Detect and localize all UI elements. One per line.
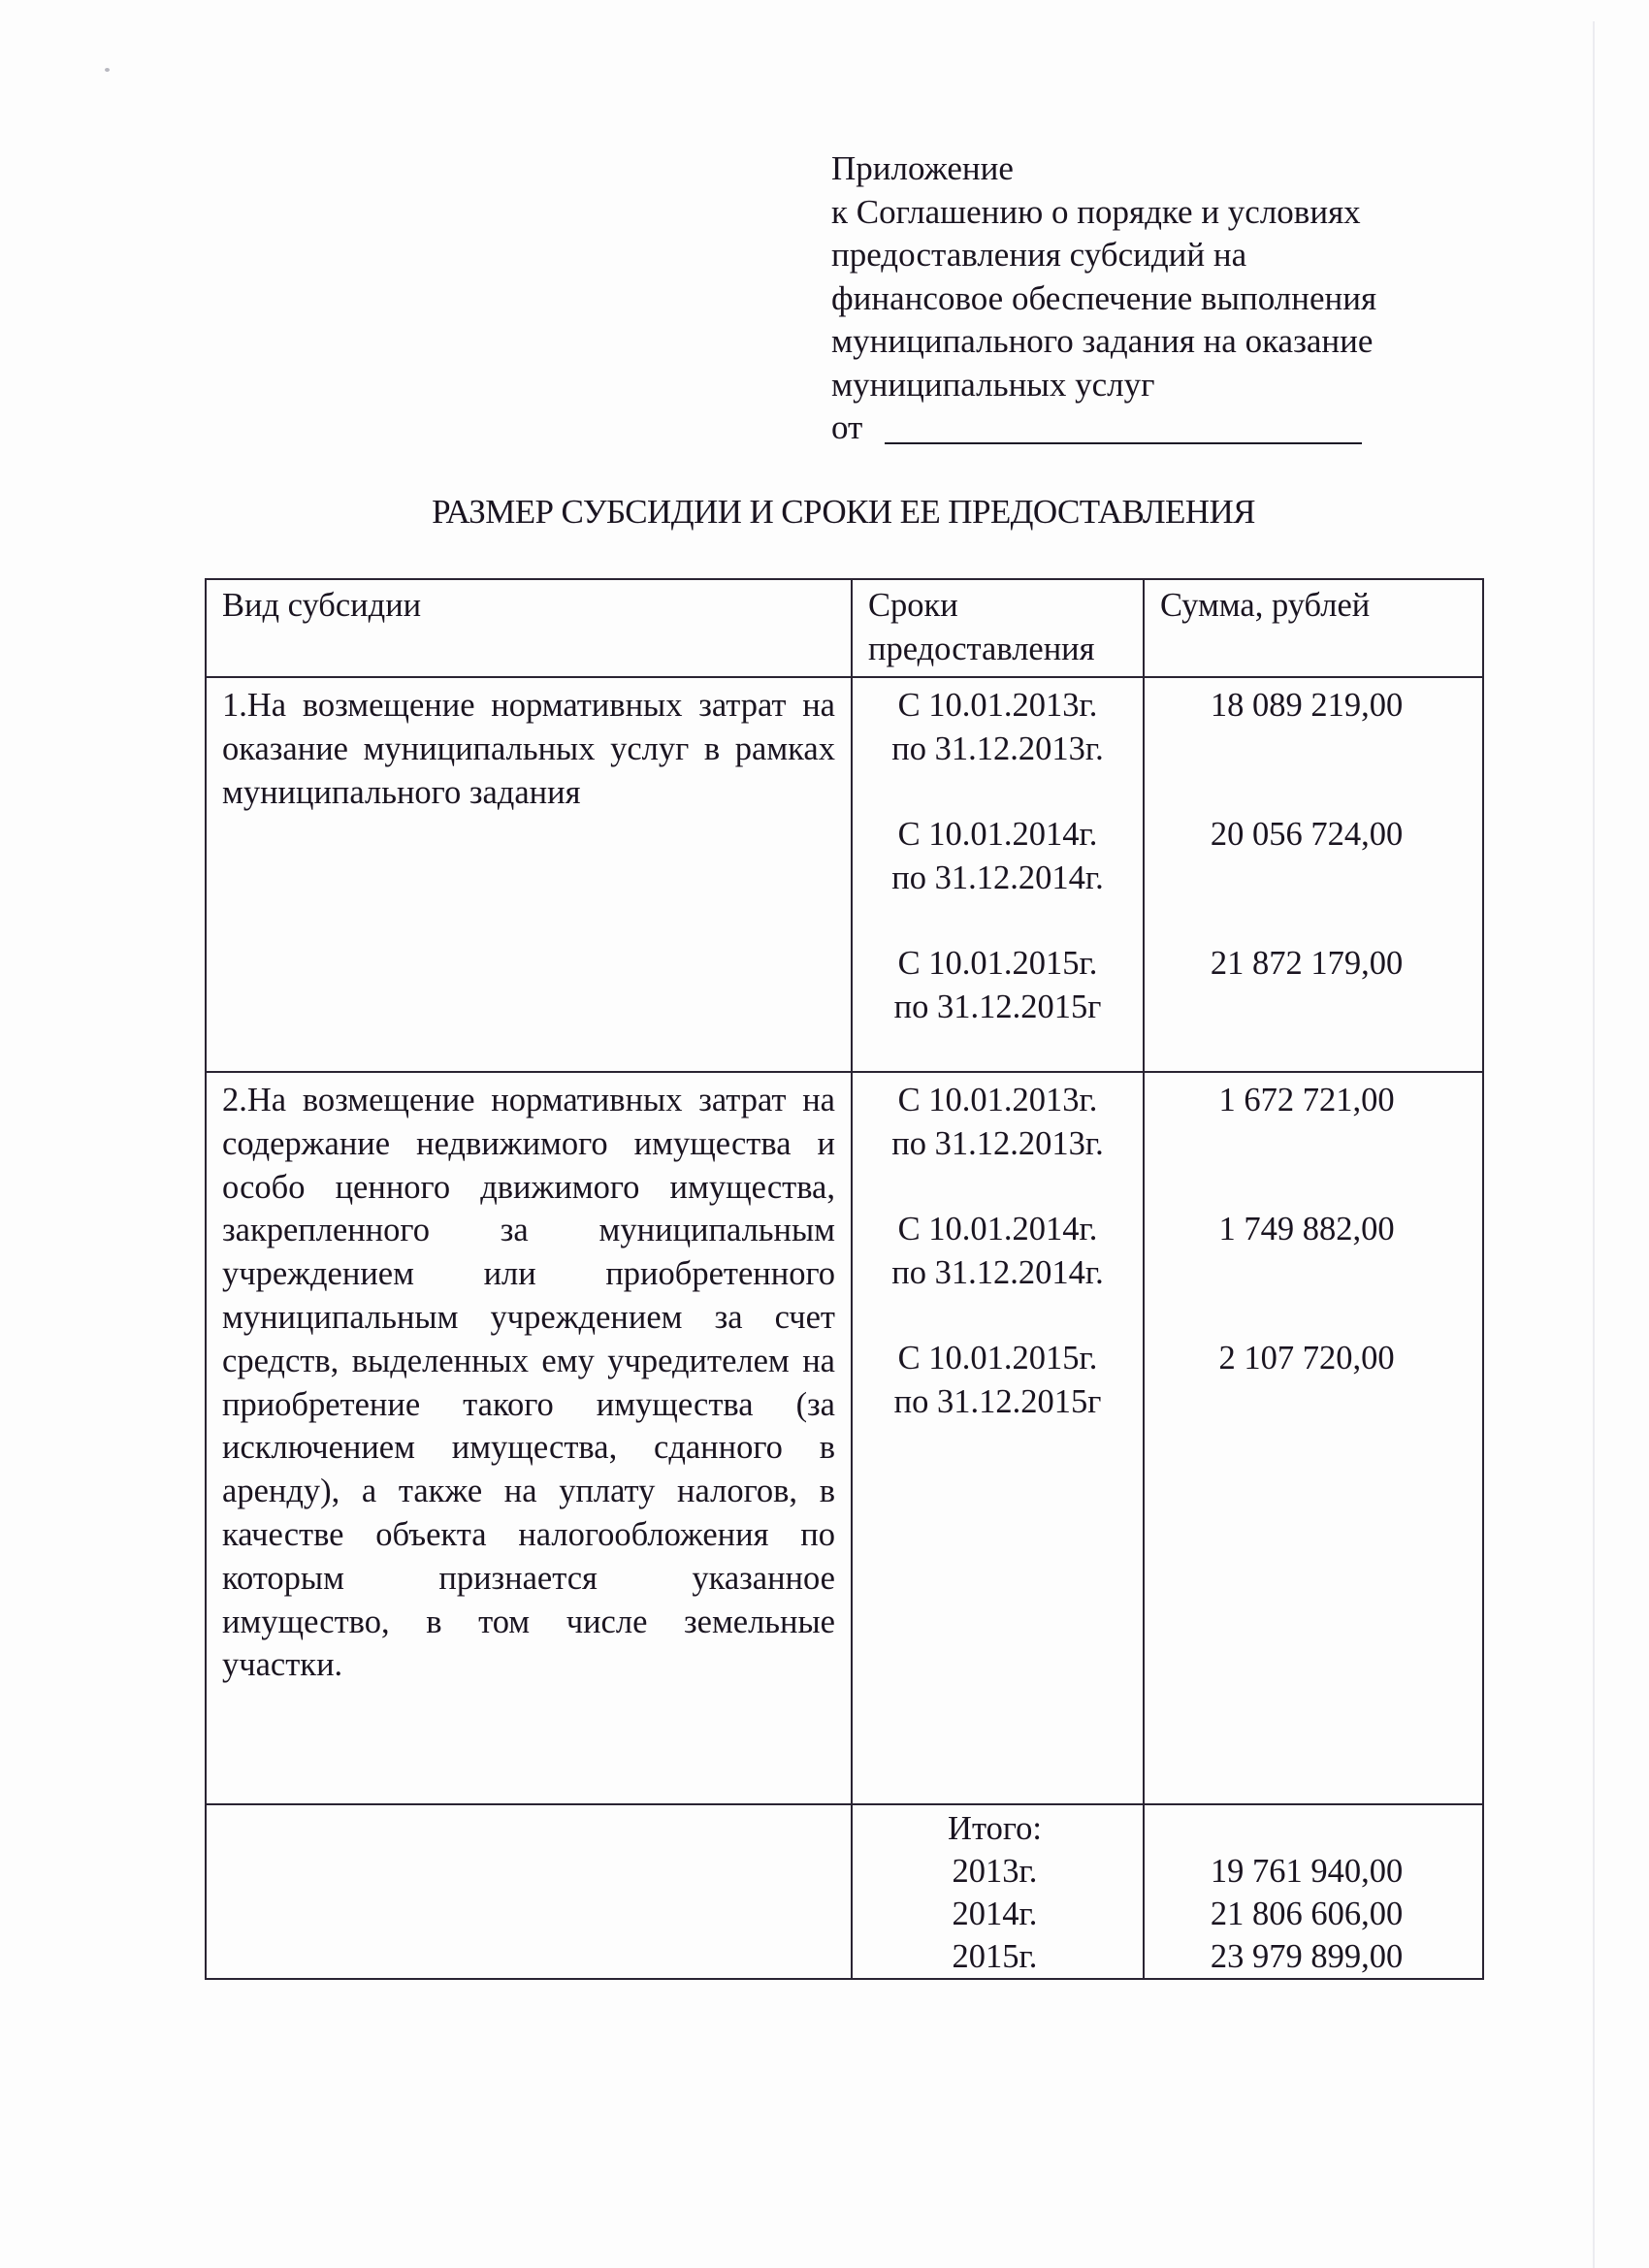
totals-amount: 19 761 940,00 [1145, 1850, 1469, 1893]
totals-year: 2014г. [853, 1893, 1137, 1935]
totals-year: 2013г. [853, 1850, 1137, 1893]
amount-value: 20 056 724,00 [1145, 813, 1469, 942]
column-header-type: Вид субсидии [206, 579, 852, 677]
amount-cell: 1 672 721,00 1 749 882,00 2 107 720,00 [1144, 1072, 1483, 1804]
column-header-amount: Сумма, рублей [1144, 579, 1483, 677]
table-row: 1.На возмещение нормативных затрат на ок… [206, 677, 1483, 1072]
appendix-header: Приложение к Соглашению о порядке и усло… [831, 147, 1510, 450]
period-entry: С 10.01.2014г.по 31.12.2014г. [853, 1208, 1143, 1337]
period-entry: С 10.01.2013г.по 31.12.2013г. [853, 684, 1143, 813]
subsidy-type-cell: 2.На возмещение нормативных затрат на со… [206, 1072, 852, 1804]
period-cell: С 10.01.2013г.по 31.12.2013г. С 10.01.20… [852, 677, 1144, 1072]
appendix-header-line: муниципальных услуг [831, 364, 1510, 407]
date-blank-field [885, 442, 1362, 444]
subsidy-description: 2.На возмещение нормативных затрат на со… [207, 1073, 851, 1687]
period-entry: С 10.01.2013г.по 31.12.2013г. [853, 1079, 1143, 1208]
scan-speck-artifact [105, 68, 110, 72]
period-entry: С 10.01.2015г.по 31.12.2015г [853, 1337, 1143, 1466]
amount-value: 21 872 179,00 [1145, 942, 1469, 1071]
table-header-row: Вид субсидии Сроки предоставления Сумма,… [206, 579, 1483, 677]
agreement-date-line: от [831, 406, 1510, 450]
period-entry: С 10.01.2015г.по 31.12.2015г [853, 942, 1143, 1071]
period-entry: С 10.01.2014г.по 31.12.2014г. [853, 813, 1143, 942]
appendix-header-line: к Соглашению о порядке и условиях [831, 191, 1510, 235]
totals-year: 2015г. [853, 1935, 1137, 1978]
subsidy-type-cell: 1.На возмещение нормативных затрат на ок… [206, 677, 852, 1072]
column-header-period: Сроки предоставления [852, 579, 1144, 677]
subsidy-table: Вид субсидии Сроки предоставления Сумма,… [205, 578, 1484, 1980]
appendix-header-line: финансовое обеспечение выполнения [831, 277, 1510, 321]
totals-amount: 23 979 899,00 [1145, 1935, 1469, 1978]
document-title: РАЗМЕР СУБСИДИИ И СРОКИ ЕЕ ПРЕДОСТАВЛЕНИ… [206, 493, 1481, 532]
table-row: 2.На возмещение нормативных затрат на со… [206, 1072, 1483, 1804]
totals-empty-cell [206, 1804, 852, 1979]
amount-value: 2 107 720,00 [1145, 1337, 1469, 1466]
appendix-header-line: предоставления субсидий на [831, 234, 1510, 277]
scan-edge-artifact [1593, 21, 1595, 2268]
amount-value: 1 672 721,00 [1145, 1079, 1469, 1208]
appendix-header-line: Приложение [831, 147, 1510, 191]
appendix-header-line: муниципального задания на оказание [831, 320, 1510, 364]
amount-value: 1 749 882,00 [1145, 1208, 1469, 1337]
totals-label-cell: Итого: 2013г. 2014г. 2015г. [852, 1804, 1144, 1979]
amount-value: 18 089 219,00 [1145, 684, 1469, 813]
totals-amount-cell: 19 761 940,00 21 806 606,00 23 979 899,0… [1144, 1804, 1483, 1979]
date-prefix: от [831, 408, 862, 446]
period-cell: С 10.01.2013г.по 31.12.2013г. С 10.01.20… [852, 1072, 1144, 1804]
subsidy-description: 1.На возмещение нормативных затрат на ок… [207, 678, 851, 814]
amount-cell: 18 089 219,00 20 056 724,00 21 872 179,0… [1144, 677, 1483, 1072]
totals-amount: 21 806 606,00 [1145, 1893, 1469, 1935]
totals-row: Итого: 2013г. 2014г. 2015г. 19 761 940,0… [206, 1804, 1483, 1979]
totals-label: Итого: [853, 1807, 1137, 1850]
